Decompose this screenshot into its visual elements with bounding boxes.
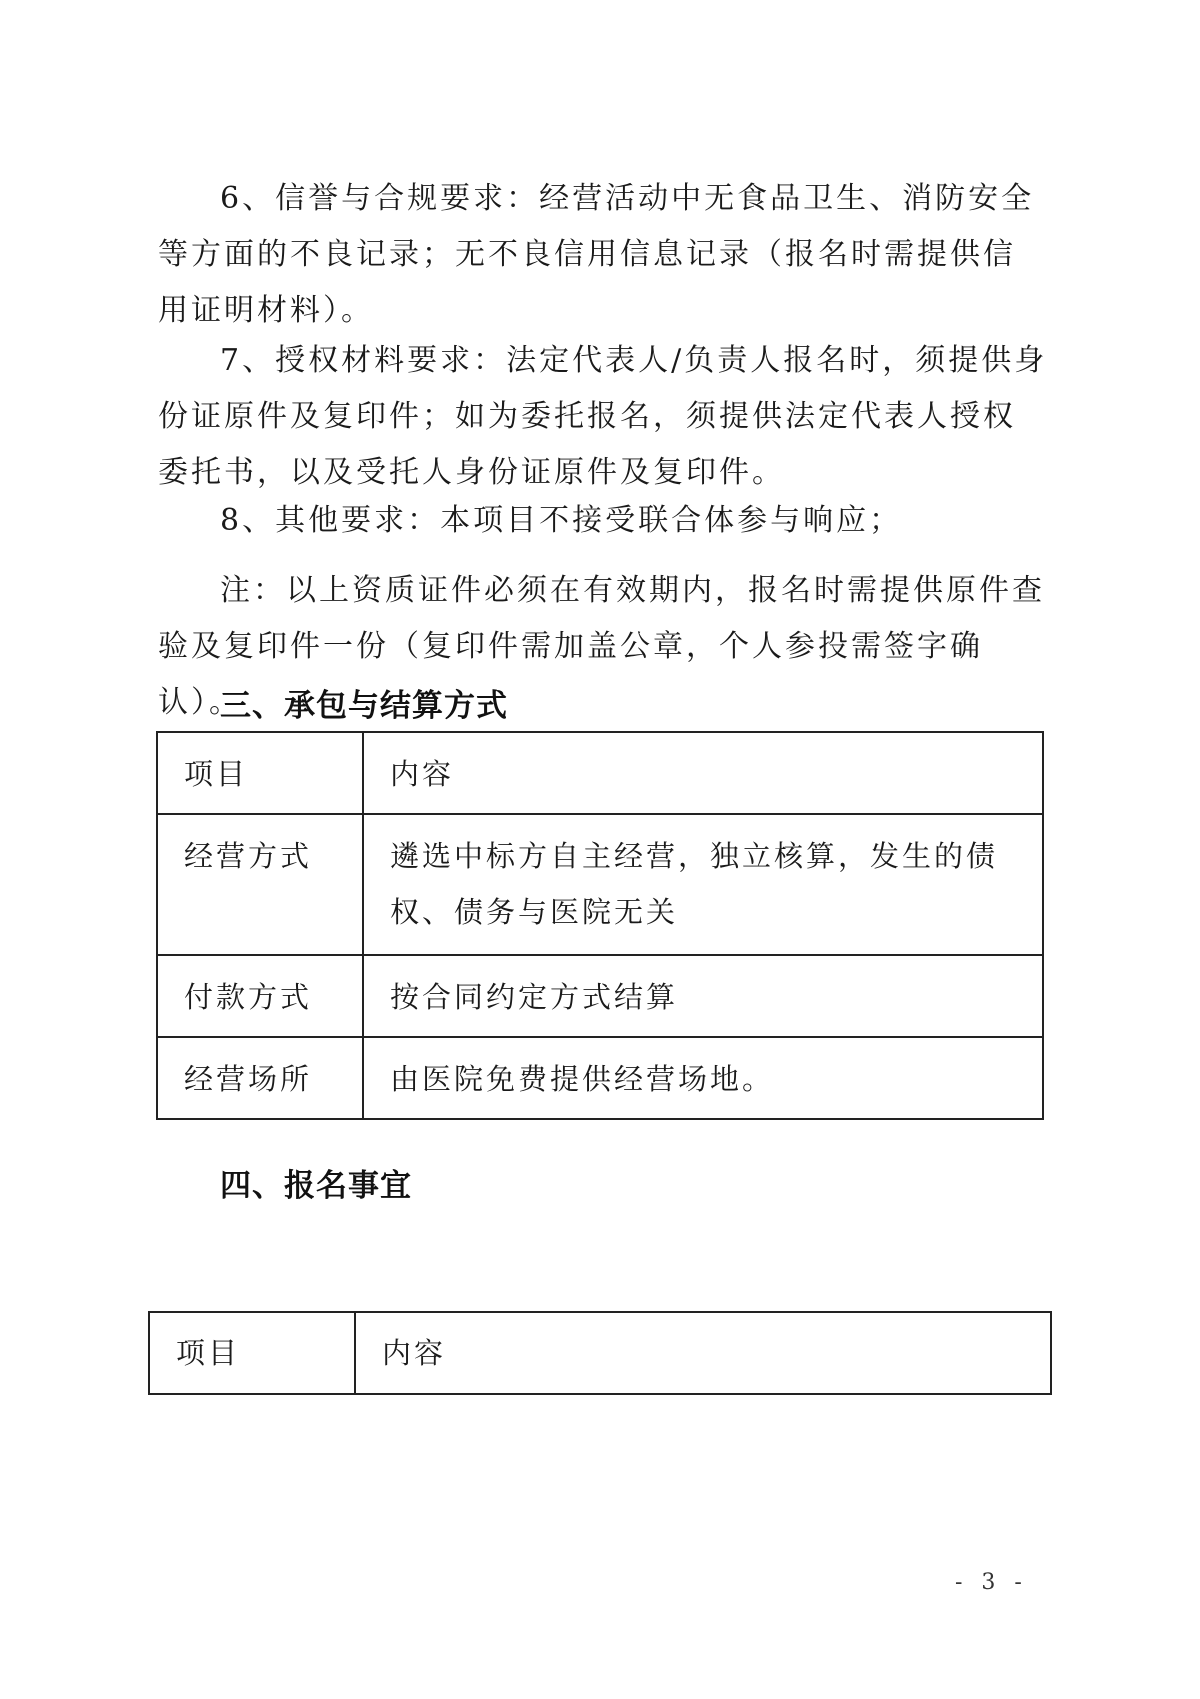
table-header-row: 项目 内容 [149, 1312, 1051, 1394]
document-page: 6、信誉与合规要求：经营活动中无食品卫生、消防安全等方面的不良记录；无不良信用信… [0, 0, 1200, 1699]
header-content-cell: 内容 [355, 1312, 1051, 1394]
requirement-item-6: 6、信誉与合规要求：经营活动中无食品卫生、消防安全等方面的不良记录；无不良信用信… [158, 171, 1048, 339]
page-number: - 3 - [955, 1570, 1028, 1595]
row-item-cell: 付款方式 [157, 955, 363, 1037]
row-content-cell: 由医院免费提供经营场地。 [363, 1037, 1043, 1119]
header-content-cell: 内容 [363, 732, 1043, 814]
row-content-cell: 按合同约定方式结算 [363, 955, 1043, 1037]
table-row: 经营场所 由医院免费提供经营场地。 [157, 1037, 1043, 1119]
contract-settlement-table: 项目 内容 经营方式 遴选中标方自主经营，独立核算，发生的债权、债务与医院无关 … [156, 731, 1044, 1120]
requirement-item-8: 8、其他要求：本项目不接受联合体参与响应； [158, 493, 1048, 549]
row-item-cell: 经营场所 [157, 1037, 363, 1119]
table-row: 经营方式 遴选中标方自主经营，独立核算，发生的债权、债务与医院无关 [157, 814, 1043, 955]
header-item-cell: 项目 [157, 732, 363, 814]
header-item-cell: 项目 [149, 1312, 355, 1394]
section-4-title: 四、报名事宜 [220, 1160, 412, 1205]
section-3-title: 三、承包与结算方式 [220, 680, 508, 725]
requirement-item-7: 7、授权材料要求：法定代表人/负责人报名时，须提供身份证原件及复印件；如为委托报… [158, 333, 1048, 501]
table-header-row: 项目 内容 [157, 732, 1043, 814]
row-content-cell: 遴选中标方自主经营，独立核算，发生的债权、债务与医院无关 [363, 814, 1043, 955]
row-item-cell: 经营方式 [157, 814, 363, 955]
table-row: 付款方式 按合同约定方式结算 [157, 955, 1043, 1037]
registration-table: 项目 内容 [148, 1311, 1052, 1395]
